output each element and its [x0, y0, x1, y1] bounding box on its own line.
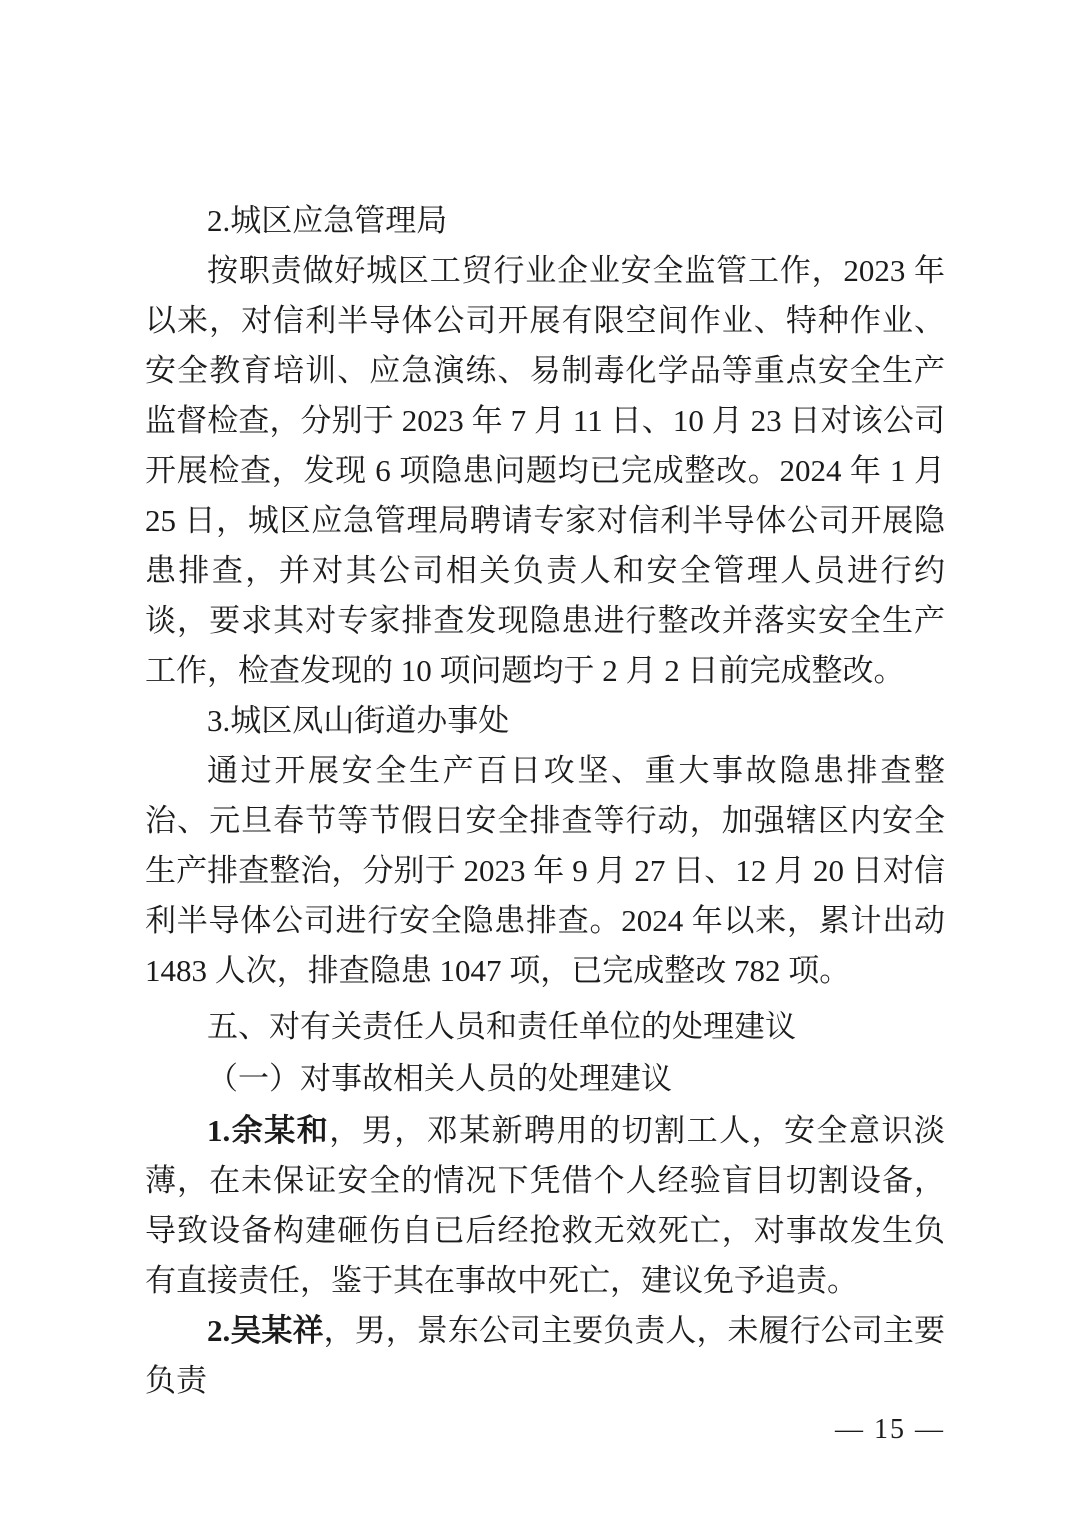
paragraph-emergency-bureau: 按职责做好城区工贸行业企业安全监管工作，2023 年以来，对信利半导体公司开展有…: [145, 246, 945, 696]
section-heading-handling-suggestions: 五、对有关责任人员和责任单位的处理建议: [145, 1002, 945, 1052]
subsection-heading-personnel-suggestions: （一）对事故相关人员的处理建议: [145, 1054, 945, 1104]
paragraph-person-wu: 2.吴某祥，男，景东公司主要负责人，未履行公司主要负责: [145, 1306, 945, 1406]
document-body: 2.城区应急管理局 按职责做好城区工贸行业企业安全监管工作，2023 年以来，对…: [145, 196, 945, 1406]
subheading-fengshan-street-office: 3.城区凤山街道办事处: [145, 696, 945, 746]
paragraph-person-yu: 1.余某和，男，邓某新聘用的切割工人，安全意识淡薄，在未保证安全的情况下凭借个人…: [145, 1106, 945, 1306]
document-page: 2.城区应急管理局 按职责做好城区工贸行业企业安全监管工作，2023 年以来，对…: [0, 0, 1080, 1532]
page-number: — 15 —: [145, 1412, 945, 1448]
person-name-lead-wu: 2.吴某祥: [207, 1313, 324, 1348]
subheading-city-emergency-bureau: 2.城区应急管理局: [145, 196, 945, 246]
person-name-lead-yu: 1.余某和: [207, 1113, 329, 1148]
paragraph-fengshan-street: 通过开展安全生产百日攻坚、重大事故隐患排查整治、元旦春节等节假日安全排查等行动，…: [145, 746, 945, 996]
